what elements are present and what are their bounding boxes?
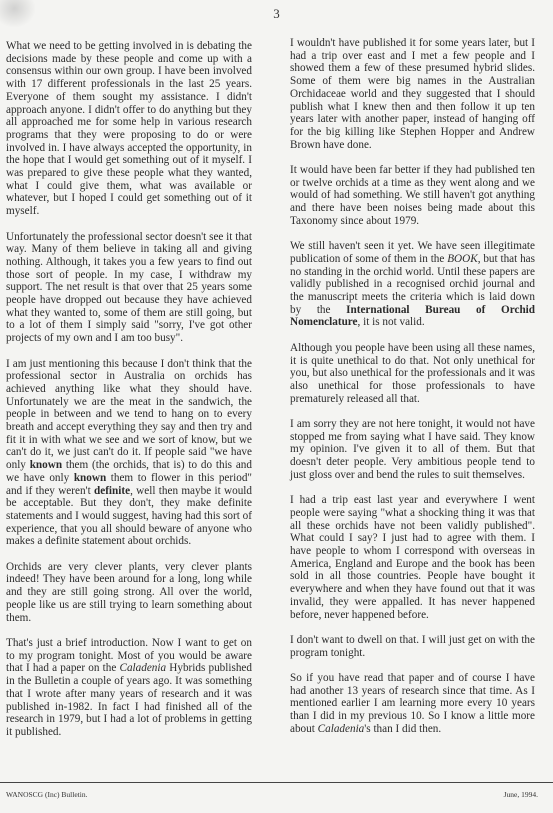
paragraph: Orchids are very clever plants, very cle… [6,561,252,625]
paragraph: I am sorry they are not here tonight, it… [290,418,535,482]
paragraph: I wouldn't have published it for some ye… [290,37,535,151]
paragraph: So if you have read that paper and of co… [290,672,535,736]
footer-date: June, 1994. [504,790,538,799]
paragraph: We still haven't seen it yet. We have se… [290,240,535,329]
paragraph: I had a trip east last year and everywhe… [290,494,535,621]
left-column: What we need to be getting involved in i… [6,40,252,751]
footer-publication: WANOSCG (Inc) Bulletin. [6,790,87,799]
genus-name: Caladenia [318,723,365,735]
emphasis-definite: definite [94,485,130,497]
book-title: BOOK [447,253,477,265]
paragraph: Although you people have been using all … [290,342,535,406]
paragraph: Unfortunately the professional sector do… [6,231,252,345]
footer-divider [0,782,553,783]
emphasis-known: known [30,459,62,471]
genus-name: Caladenia [119,662,166,674]
paragraph: That's just a brief introduction. Now I … [6,637,252,739]
emphasis-known: known [74,472,106,484]
paragraph: What we need to be getting involved in i… [6,40,252,218]
right-column: I wouldn't have published it for some ye… [290,37,535,748]
paragraph: I am just mentioning this because I don'… [6,358,252,549]
paragraph: I don't want to dwell on that. I will ju… [290,634,535,659]
document-page: 3 What we need to be getting involved in… [0,0,553,813]
paragraph: It would have been far better if they ha… [290,164,535,228]
page-number: 3 [0,6,553,22]
